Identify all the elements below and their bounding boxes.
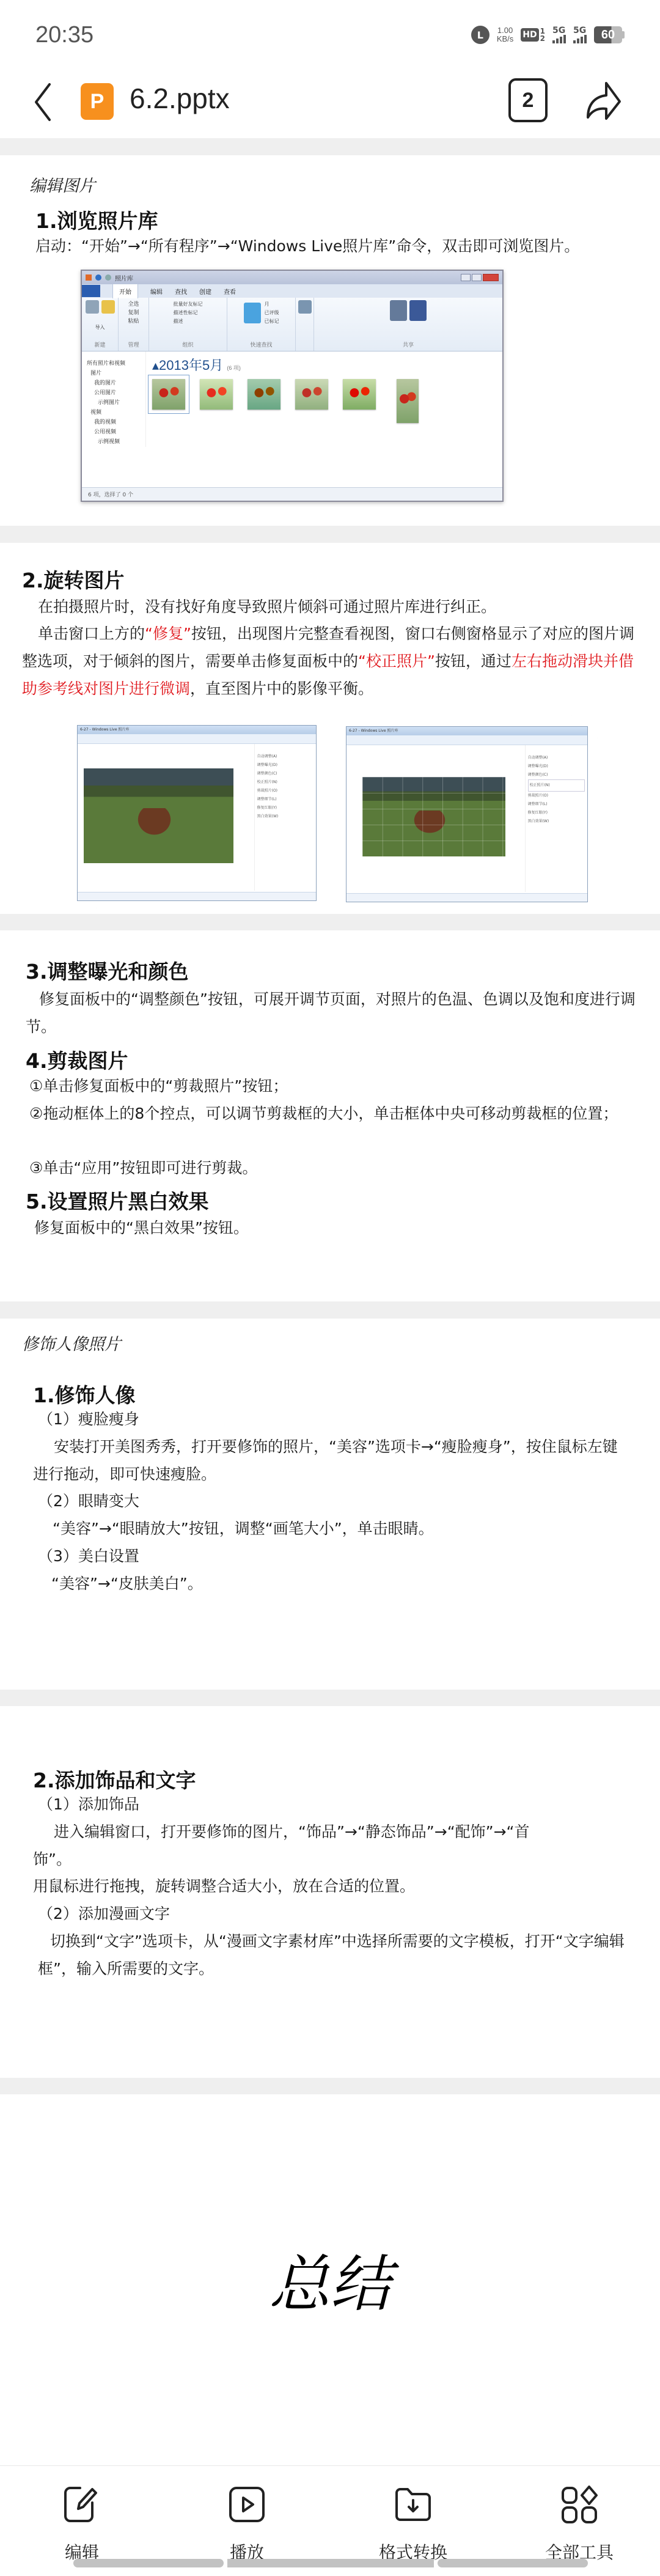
summary-title: 总结 bbox=[0, 2235, 660, 2323]
network-speed: 1.00 KB/s bbox=[497, 26, 513, 43]
photo-thumbnail bbox=[248, 379, 280, 410]
slide-heading: 2.旋转图片 bbox=[22, 565, 125, 594]
status-time: 20:35 bbox=[35, 22, 94, 48]
slide-body: 修复面板中的“调整颜色”按钮，可展开调节页面，对照片的色温、色调以及饱和度进行调… bbox=[26, 985, 643, 1040]
photo-viewer-before: 6-27 - Windows Live 照片库 自动调整(A)调整曝光(D)调整… bbox=[77, 725, 317, 901]
item-label: （2）添加漫画文字 bbox=[38, 1900, 170, 1927]
photo-thumbnail bbox=[152, 379, 185, 410]
status-icons: L 1.00 KB/s HD 12 5G 5G 60 bbox=[471, 26, 625, 44]
gallery-status: 6 项，选择了 0 个 bbox=[82, 487, 502, 501]
page-count-button[interactable]: 2 bbox=[508, 78, 548, 122]
photo-thumbnail bbox=[295, 379, 328, 410]
title-bar: P 6.2.pptx 2 bbox=[0, 67, 660, 138]
slide-heading: 4.剪裁图片 bbox=[26, 1045, 128, 1074]
back-button[interactable] bbox=[27, 81, 59, 123]
slide-separator bbox=[0, 2078, 660, 2095]
gallery-ribbon: 导入新建 全选复制粘贴管理 批量好友标记描述性标记描述组织 月已评级已标记快速查… bbox=[82, 298, 502, 351]
play-icon bbox=[227, 2484, 267, 2525]
section-title: 修饰人像照片 bbox=[22, 1331, 121, 1355]
edit-button[interactable]: 编辑 bbox=[27, 2484, 137, 2564]
format-convert-icon bbox=[393, 2484, 433, 2525]
all-tools-button[interactable]: 全部工具 bbox=[524, 2484, 634, 2564]
photo-thumbnail bbox=[397, 379, 419, 423]
gallery-titlebar: 照片库 bbox=[82, 271, 502, 284]
slide-heading: 5.设置照片黑白效果 bbox=[26, 1186, 209, 1215]
chevron-left-icon bbox=[34, 82, 52, 122]
photo-gallery-window: 照片库 开始 编辑 查找 创建 查看 导入新建 全选复制粘贴管理 批量好友标记描… bbox=[81, 270, 504, 502]
slide-separator bbox=[0, 138, 660, 155]
bottom-toolbar: 编辑 播放 格式转换 全部工具 bbox=[0, 2465, 660, 2576]
item-text: 安装打开美图秀秀，打开要修饰的照片，“美容”选项卡→“瘦脸瘦身”，按住鼠标左键进… bbox=[33, 1433, 620, 1488]
item-label: （1）添加饰品 bbox=[38, 1790, 139, 1818]
signal-icon-sim1: 5G bbox=[552, 26, 566, 43]
slide-heading: 2.添加饰品和文字 bbox=[33, 1765, 196, 1794]
slide-body: 修复面板中的“黑白效果”按钮。 bbox=[34, 1214, 249, 1242]
slide-3[interactable]: 3.调整曝光和颜色 修复面板中的“调整颜色”按钮，可展开调节页面，对照片的色温、… bbox=[0, 930, 660, 1301]
signal-icon-sim2: 5G bbox=[573, 26, 587, 43]
edit-icon bbox=[62, 2484, 102, 2525]
slide-body-paragraph: 单击窗口上方的“修复”按钮，出现图片完整查看视图，窗口右侧窗格显示了对应的图片调… bbox=[22, 620, 639, 702]
hd-voice-icon: HD 12 bbox=[521, 28, 545, 42]
nav-gesture-bar bbox=[73, 2559, 224, 2567]
slide-5[interactable]: 2.添加饰品和文字 （1）添加饰品 进入编辑窗口，打开要修饰的图片，“饰品”→“… bbox=[0, 1706, 660, 2078]
slide-separator bbox=[0, 1301, 660, 1319]
section-title: 编辑图片 bbox=[29, 172, 95, 196]
slide-body-line1: 在拍摄照片时，没有找好角度导致照片倾斜可通过照片库进行纠正。 bbox=[38, 593, 496, 620]
battery-icon: 60 bbox=[594, 26, 625, 43]
slide-6[interactable]: 总结 bbox=[0, 2094, 660, 2465]
item-text: “美容”→“皮肤美白”。 bbox=[51, 1570, 203, 1597]
format-convert-button[interactable]: 格式转换 bbox=[358, 2484, 468, 2564]
slide-body: 启动：“开始”→“所有程序”→“Windows Live照片库”命令，双击即可浏… bbox=[35, 232, 610, 260]
photo-thumbnail bbox=[343, 379, 376, 410]
slide-separator bbox=[0, 914, 660, 931]
item-text: 切换到“文字”选项卡，从“漫画文字素材库”中选择所需要的文字模板，打开“文字编辑… bbox=[38, 1927, 625, 1982]
pptx-app-icon: P bbox=[81, 83, 114, 120]
status-bar: 20:35 L 1.00 KB/s HD 12 5G 5G 60 bbox=[0, 0, 660, 67]
item-label: （3）美白设置 bbox=[38, 1542, 139, 1570]
all-tools-icon bbox=[559, 2484, 599, 2525]
nav-gesture-bar bbox=[227, 2559, 434, 2567]
item-label: （1）瘦脸瘦身 bbox=[38, 1405, 139, 1433]
step-item: ②拖动框体上的8个控点，可以调节剪裁框的大小，单击框体中央可移动剪裁框的位置； bbox=[26, 1100, 643, 1127]
step-item: ③单击“应用”按钮即可进行剪裁。 bbox=[29, 1154, 257, 1182]
nav-gesture-bar bbox=[438, 2559, 588, 2567]
slide-1[interactable]: 编辑图片 1.浏览照片库 启动：“开始”→“所有程序”→“Windows Liv… bbox=[0, 155, 660, 526]
gallery-nav-tree: 所有照片和视频 图片 我的图片 公用图片 示例图片 视频 我的视频 公用视频 示… bbox=[82, 351, 146, 447]
item-extra: 用鼠标进行拖拽，旋转调整合适大小，放在合适的位置。 bbox=[33, 1872, 415, 1900]
slide-heading: 1.修饰人像 bbox=[33, 1380, 136, 1408]
photo-thumbnail bbox=[200, 379, 233, 410]
item-text: 进入编辑窗口，打开要修饰的图片，“饰品”→“静态饰品”→“配饰”→“首饰”。 bbox=[33, 1818, 565, 1873]
alarm-icon: L bbox=[471, 26, 490, 44]
photo-viewer-after: 6-27 - Windows Live 照片库 自动调整(A)调整曝光(D)调整… bbox=[346, 726, 588, 902]
slide-separator bbox=[0, 1690, 660, 1707]
item-text: “美容”→“眼睛放大”按钮，调整“画笔大小”，单击眼睛。 bbox=[53, 1515, 434, 1542]
gallery-thumbnails: ▴2013年5月 (6 项) bbox=[146, 351, 502, 447]
file-name: 6.2.pptx bbox=[130, 82, 230, 115]
slide-heading: 1.浏览照片库 bbox=[35, 205, 158, 234]
slide-4[interactable]: 修饰人像照片 1.修饰人像 （1）瘦脸瘦身 安装打开美图秀秀，打开要修饰的照片，… bbox=[0, 1319, 660, 1690]
slide-2[interactable]: 2.旋转图片 在拍摄照片时，没有找好角度导致照片倾斜可通过照片库进行纠正。 单击… bbox=[0, 543, 660, 914]
slide-heading: 3.调整曝光和颜色 bbox=[26, 956, 189, 985]
gallery-ribbon-tabs: 开始 编辑 查找 创建 查看 bbox=[82, 284, 502, 298]
slide-separator bbox=[0, 526, 660, 543]
share-button[interactable] bbox=[585, 79, 622, 122]
share-arrow-icon bbox=[585, 79, 622, 122]
play-button[interactable]: 播放 bbox=[192, 2484, 302, 2564]
item-label: （2）眼睛变大 bbox=[38, 1487, 139, 1515]
step-item: ①单击修复面板中的“剪裁照片”按钮； bbox=[29, 1072, 288, 1100]
